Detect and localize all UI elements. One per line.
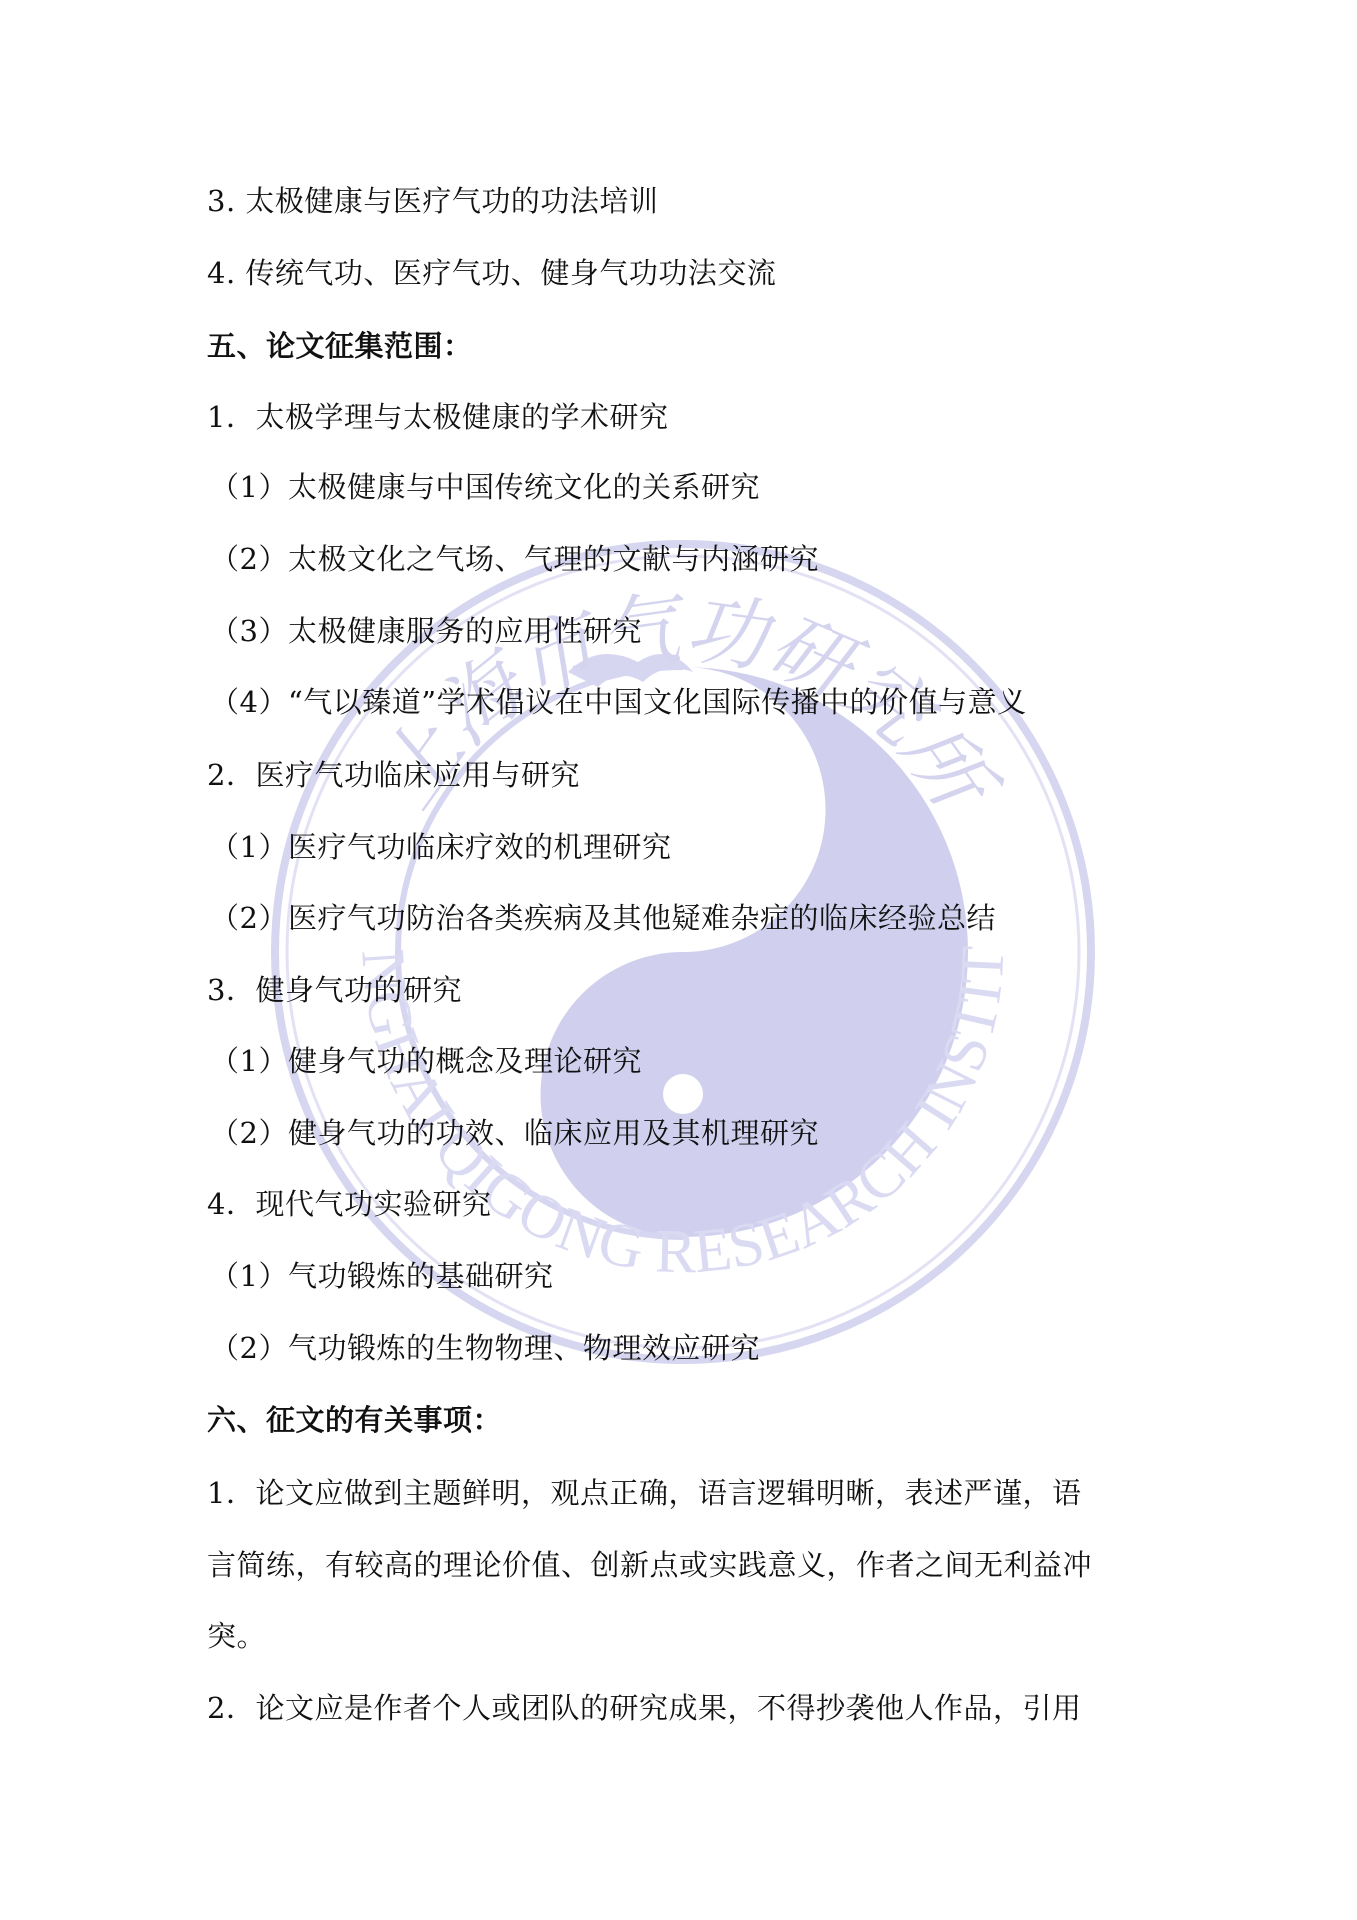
list-item: 3．健身气功的研究 [207,970,462,1010]
paragraph-line: 2．论文应是作者个人或团队的研究成果，不得抄袭他人作品，引用 [207,1688,1081,1728]
sub-list-item: （1）医疗气功临床疗效的机理研究 [210,827,671,867]
sub-list-item: （2）医疗气功防治各类疾病及其他疑难杂症的临床经验总结 [210,898,996,938]
paragraph-line: 突。 [207,1616,266,1656]
sub-list-item: （1）气功锻炼的基础研究 [210,1256,553,1296]
list-item: 4. 传统气功、医疗气功、健身气功功法交流 [207,253,776,293]
section-heading: 六、征文的有关事项： [207,1400,502,1440]
sub-list-item: （2）太极文化之气场、气理的文献与内涵研究 [210,539,819,579]
sub-list-item: （2）气功锻炼的生物物理、物理效应研究 [210,1328,760,1368]
document-page: 3. 太极健康与医疗气功的功法培训 4. 传统气功、医疗气功、健身气功功法交流 … [0,0,1357,1920]
sub-list-item: （2）健身气功的功效、临床应用及其机理研究 [210,1113,819,1153]
list-item: 2．医疗气功临床应用与研究 [207,755,580,795]
paragraph-line: 言简练，有较高的理论价值、创新点或实践意义，作者之间无利益冲 [207,1545,1092,1585]
section-heading: 五、论文征集范围： [207,326,473,366]
sub-list-item: （1）健身气功的概念及理论研究 [210,1041,642,1081]
list-item: 3. 太极健康与医疗气功的功法培训 [207,181,658,221]
sub-list-item: （1）太极健康与中国传统文化的关系研究 [210,467,760,507]
sub-list-item: （3）太极健康服务的应用性研究 [210,611,642,651]
sub-list-item: （4）“气以臻道”学术倡议在中国文化国际传播中的价值与意义 [210,682,1027,722]
list-item: 4．现代气功实验研究 [207,1184,491,1224]
paragraph-line: 1．论文应做到主题鲜明，观点正确，语言逻辑明晰，表述严谨，语 [207,1473,1081,1513]
list-item: 1．太极学理与太极健康的学术研究 [207,397,668,437]
